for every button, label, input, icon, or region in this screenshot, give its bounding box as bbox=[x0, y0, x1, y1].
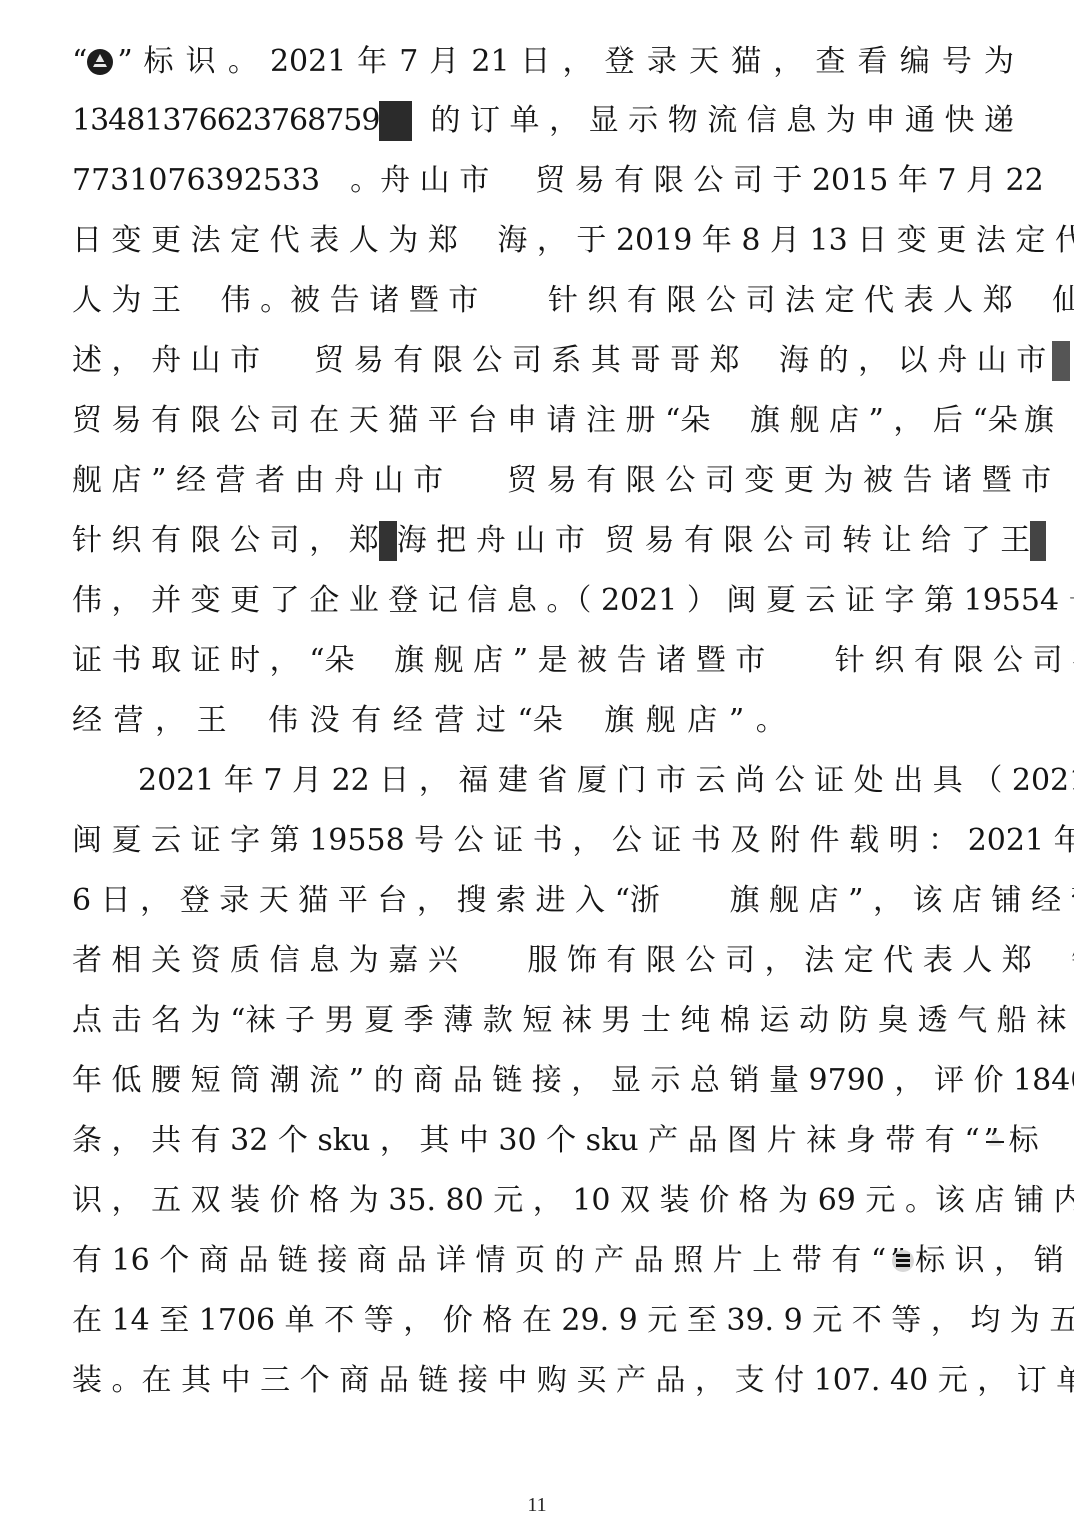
text-segment-content: 在 14 至 1706 单 不 等 ， 价 格 在 29. 9 元 至 39. … bbox=[72, 1299, 1074, 1343]
text-line: 有 16 个 商 品 链 接 商 品 详 情 页 的 产 品 照 片 上 带 有… bbox=[72, 1239, 1014, 1283]
text-segment: 针 织 有 限 公 司 ， 郑 bbox=[72, 519, 379, 563]
text-line: 闽 夏 云 证 字 第 19558 号 公 证 书 ， 公 证 书 及 附 件 … bbox=[72, 819, 1014, 863]
text-segment-content: 贸 易 有 限 公 司 变 更 为 被 告 诸 暨 市 bbox=[507, 459, 1051, 503]
text-line: 经 营 ， 王 伟 没 有 经 营 过 “朵 旗 舰 店 ” 。 bbox=[72, 699, 1014, 743]
text-line: 针 织 有 限 公 司 ， 郑 海 把 舟 山 市 贸 易 有 限 公 司 转 … bbox=[72, 519, 1014, 563]
text-line: 7731076392533 。舟 山 市 贸 易 有 限 公 司 于 2015 … bbox=[72, 159, 1014, 203]
text-segment: 舰 店 ” 经 营 者 由 舟 山 市 bbox=[72, 459, 443, 503]
text-segment: 2021 年 7 月 22 日 ， 福 建 省 厦 门 市 云 尚 公 证 处 … bbox=[138, 759, 1074, 803]
text-segment-content: 者 相 关 资 质 信 息 为 嘉 兴 服 饰 有 限 公 司 ， 法 定 代 … bbox=[72, 939, 1074, 983]
text-segment-content: 贸 易 有 限 公 司 在 天 猫 平 台 申 请 注 册 “朵 旗 舰 店 ”… bbox=[72, 399, 1018, 443]
text-segment: 6 日 ， 登 录 天 猫 平 台 ， 搜 索 进 入 “浙 旗 舰 店 ” ，… bbox=[72, 879, 1074, 923]
text-segment: 贸 易 有 限 公 司 变 更 为 被 告 诸 暨 市 bbox=[447, 459, 1057, 503]
page-number: 11 bbox=[0, 1494, 1074, 1517]
text-line: 人 为 王 伟 。被 告 诸 暨 市 针 织 有 限 公 司 法 定 代 表 人… bbox=[72, 279, 1014, 323]
text-segment: “ bbox=[72, 40, 87, 84]
text-segment: 旗 bbox=[1024, 399, 1054, 443]
redaction-block bbox=[1030, 521, 1046, 561]
text-segment-content: 装 。在 其 中 三 个 商 品 链 接 中 购 买 产 品 ， 支 付 107… bbox=[72, 1359, 1074, 1403]
text-segment: 识 ， 五 双 装 价 格 为 35. 80 元 ， 10 双 装 价 格 为 … bbox=[72, 1179, 1074, 1223]
document-page: “ ” 标 识 。 2021 年 7 月 21 日 ， 登 录 天 猫 ， 查 … bbox=[0, 0, 1074, 1520]
redaction-block bbox=[379, 101, 412, 141]
text-segment: 13481376623768759 bbox=[72, 99, 379, 143]
text-segment: 述 ， 舟 山 市 bbox=[72, 339, 260, 383]
text-line: 13481376623768759 的 订 单 ， 显 示 物 流 信 息 为 … bbox=[72, 99, 1014, 143]
text-line: 述 ， 舟 山 市 贸 易 有 限 公 司 系 其 哥 哥 郑 海 的 ， 以 … bbox=[72, 339, 1014, 383]
text-segment: 闽 夏 云 证 字 第 19558 号 公 证 书 ， 公 证 书 及 附 件 … bbox=[72, 819, 1074, 863]
text-segment: 贸 易 有 限 公 司 于 2015 年 7 月 22 bbox=[493, 159, 1044, 203]
text-segment: 人 为 王 伟 。被 告 诸 暨 市 针 织 有 限 公 司 法 定 代 表 人… bbox=[72, 279, 1074, 323]
text-line: 证 书 取 证 时 ， “朵 旗 舰 店 ” 是 被 告 诸 暨 市 针 织 有… bbox=[72, 639, 1014, 683]
text-segment: 年 低 腰 短 筒 潮 流 ” 的 商 品 链 接 ， 显 示 总 销 量 97… bbox=[72, 1059, 1074, 1103]
text-segment: ” 标 识 。 2021 年 7 月 21 日 ， 登 录 天 猫 ， 查 看 … bbox=[113, 40, 1014, 84]
text-segment: 伟 ， 并 变 更 了 企 业 登 记 信 息 。（ 2021 ） 闽 夏 云 … bbox=[72, 579, 1074, 623]
text-segment: 点 击 名 为 “袜 子 男 夏 季 薄 款 短 袜 男 士 纯 棉 运 动 防… bbox=[72, 999, 1074, 1043]
text-segment: 贸 易 有 限 公 司 在 天 猫 平 台 申 请 注 册 “朵 旗 舰 店 ”… bbox=[72, 399, 1024, 443]
text-segment-content: 贸 易 有 限 公 司 于 2015 年 7 月 22 bbox=[535, 159, 1044, 203]
text-line: 在 14 至 1706 单 不 等 ， 价 格 在 29. 9 元 至 39. … bbox=[72, 1299, 1014, 1343]
text-line: 6 日 ， 登 录 天 猫 平 台 ， 搜 索 进 入 “浙 旗 舰 店 ” ，… bbox=[72, 879, 1014, 923]
text-line: 日 变 更 法 定 代 表 人 为 郑 海 ， 于 2019 年 8 月 13 … bbox=[72, 219, 1014, 263]
text-line: 舰 店 ” 经 营 者 由 舟 山 市 贸 易 有 限 公 司 变 更 为 被 … bbox=[72, 459, 1014, 503]
text-segment-content: ” 标 识 。 2021 年 7 月 21 日 ， 登 录 天 猫 ， 查 看 … bbox=[117, 40, 1014, 84]
text-segment-content: 伟 ， 并 变 更 了 企 业 登 记 信 息 。（ 2021 ） 闽 夏 云 … bbox=[72, 579, 1074, 623]
text-segment-content: 人 为 王 伟 。被 告 诸 暨 市 针 织 有 限 公 司 法 定 代 表 人… bbox=[72, 279, 1074, 323]
text-segment-content: 贸 易 有 限 公 司 系 其 哥 哥 郑 海 的 ， 以 舟 山 市 bbox=[314, 339, 1046, 383]
text-line: 点 击 名 为 “袜 子 男 夏 季 薄 款 短 袜 男 士 纯 棉 运 动 防… bbox=[72, 999, 1014, 1043]
text-segment-content: 证 书 取 证 时 ， “朵 旗 舰 店 ” 是 被 告 诸 暨 市 针 织 有… bbox=[72, 639, 1074, 683]
text-segment-content: ” 标 识 ， 销 量 bbox=[890, 1239, 1074, 1283]
text-segment-content: 的 订 单 ， 显 示 物 流 信 息 为 申 通 快 递 bbox=[430, 99, 1014, 143]
text-segment-content: 识 ， 五 双 装 价 格 为 35. 80 元 ， 10 双 装 价 格 为 … bbox=[72, 1179, 1074, 1223]
text-segment-content: 日 变 更 法 定 代 表 人 为 郑 海 ， 于 2019 年 8 月 13 … bbox=[72, 219, 1074, 263]
paragraph-start-line: 2021 年 7 月 22 日 ， 福 建 省 厦 门 市 云 尚 公 证 处 … bbox=[138, 759, 1014, 803]
text-segment: ” 标 识 ， 销 量 bbox=[888, 1239, 1074, 1283]
text-segment-content: 6 日 ， 登 录 天 猫 平 台 ， 搜 索 进 入 “浙 旗 舰 店 ” ，… bbox=[72, 879, 1074, 923]
text-segment: 经 营 ， 王 伟 没 有 经 营 过 “朵 旗 舰 店 ” 。 bbox=[72, 699, 786, 743]
text-segment-content: 年 低 腰 短 筒 潮 流 ” 的 商 品 链 接 ， 显 示 总 销 量 97… bbox=[72, 1059, 1074, 1103]
text-segment-content: 有 16 个 商 品 链 接 商 品 详 情 页 的 产 品 照 片 上 带 有… bbox=[72, 1239, 886, 1283]
text-segment: 有 16 个 商 品 链 接 商 品 详 情 页 的 产 品 照 片 上 带 有… bbox=[72, 1239, 888, 1283]
redaction-block bbox=[1052, 341, 1070, 381]
text-segment: 7731076392533 。舟 山 市 bbox=[72, 159, 489, 203]
redaction-block bbox=[379, 521, 397, 561]
text-segment: 在 14 至 1706 单 不 等 ， 价 格 在 29. 9 元 至 39. … bbox=[72, 1299, 1074, 1343]
text-line: 装 。在 其 中 三 个 商 品 链 接 中 购 买 产 品 ， 支 付 107… bbox=[72, 1359, 1014, 1403]
text-segment: 的 订 单 ， 显 示 物 流 信 息 为 申 通 快 递 bbox=[412, 99, 1014, 143]
text-segment: 日 变 更 法 定 代 表 人 为 郑 海 ， 于 2019 年 8 月 13 … bbox=[72, 219, 1074, 263]
text-segment: 条 ， 共 有 32 个 sku ， 其 中 30 个 sku 产 品 图 片 … bbox=[72, 1119, 982, 1163]
text-segment-content: 点 击 名 为 “袜 子 男 夏 季 薄 款 短 袜 男 士 纯 棉 运 动 防… bbox=[72, 999, 1074, 1043]
text-segment: 者 相 关 资 质 信 息 为 嘉 兴 服 饰 有 限 公 司 ， 法 定 代 … bbox=[72, 939, 1074, 983]
text-segment: 贸 易 有 限 公 司 系 其 哥 哥 郑 海 的 ， 以 舟 山 市 bbox=[308, 339, 1052, 383]
text-segment-content: 2021 年 7 月 22 日 ， 福 建 省 厦 门 市 云 尚 公 证 处 … bbox=[138, 759, 1074, 803]
text-line: 年 低 腰 短 筒 潮 流 ” 的 商 品 链 接 ， 显 示 总 销 量 97… bbox=[72, 1059, 1014, 1103]
circle-triangle-logo-icon bbox=[87, 49, 113, 75]
text-line: 伟 ， 并 变 更 了 企 业 登 记 信 息 。（ 2021 ） 闽 夏 云 … bbox=[72, 579, 1014, 623]
text-line: 识 ， 五 双 装 价 格 为 35. 80 元 ， 10 双 装 价 格 为 … bbox=[72, 1179, 1014, 1223]
text-segment: 证 书 取 证 时 ， “朵 旗 舰 店 ” 是 被 告 诸 暨 市 针 织 有… bbox=[72, 639, 1074, 683]
text-line: 贸 易 有 限 公 司 在 天 猫 平 台 申 请 注 册 “朵 旗 舰 店 ”… bbox=[72, 399, 1014, 443]
text-segment-content: 闽 夏 云 证 字 第 19558 号 公 证 书 ， 公 证 书 及 附 件 … bbox=[72, 819, 1074, 863]
text-segment: 装 。在 其 中 三 个 商 品 链 接 中 购 买 产 品 ， 支 付 107… bbox=[72, 1359, 1074, 1403]
text-segment: 贸 易 有 限 公 司 转 让 给 了 王 bbox=[585, 519, 1030, 563]
text-line: 条 ， 共 有 32 个 sku ， 其 中 30 个 sku 产 品 图 片 … bbox=[72, 1119, 1014, 1163]
text-segment: 海 把 舟 山 市 bbox=[397, 519, 585, 563]
text-line: “ ” 标 识 。 2021 年 7 月 21 日 ， 登 录 天 猫 ， 查 … bbox=[72, 40, 1014, 84]
text-segment-content: 条 ， 共 有 32 个 sku ， 其 中 30 个 sku 产 品 图 片 … bbox=[72, 1119, 980, 1163]
text-line: 者 相 关 资 质 信 息 为 嘉 兴 服 饰 有 限 公 司 ， 法 定 代 … bbox=[72, 939, 1014, 983]
